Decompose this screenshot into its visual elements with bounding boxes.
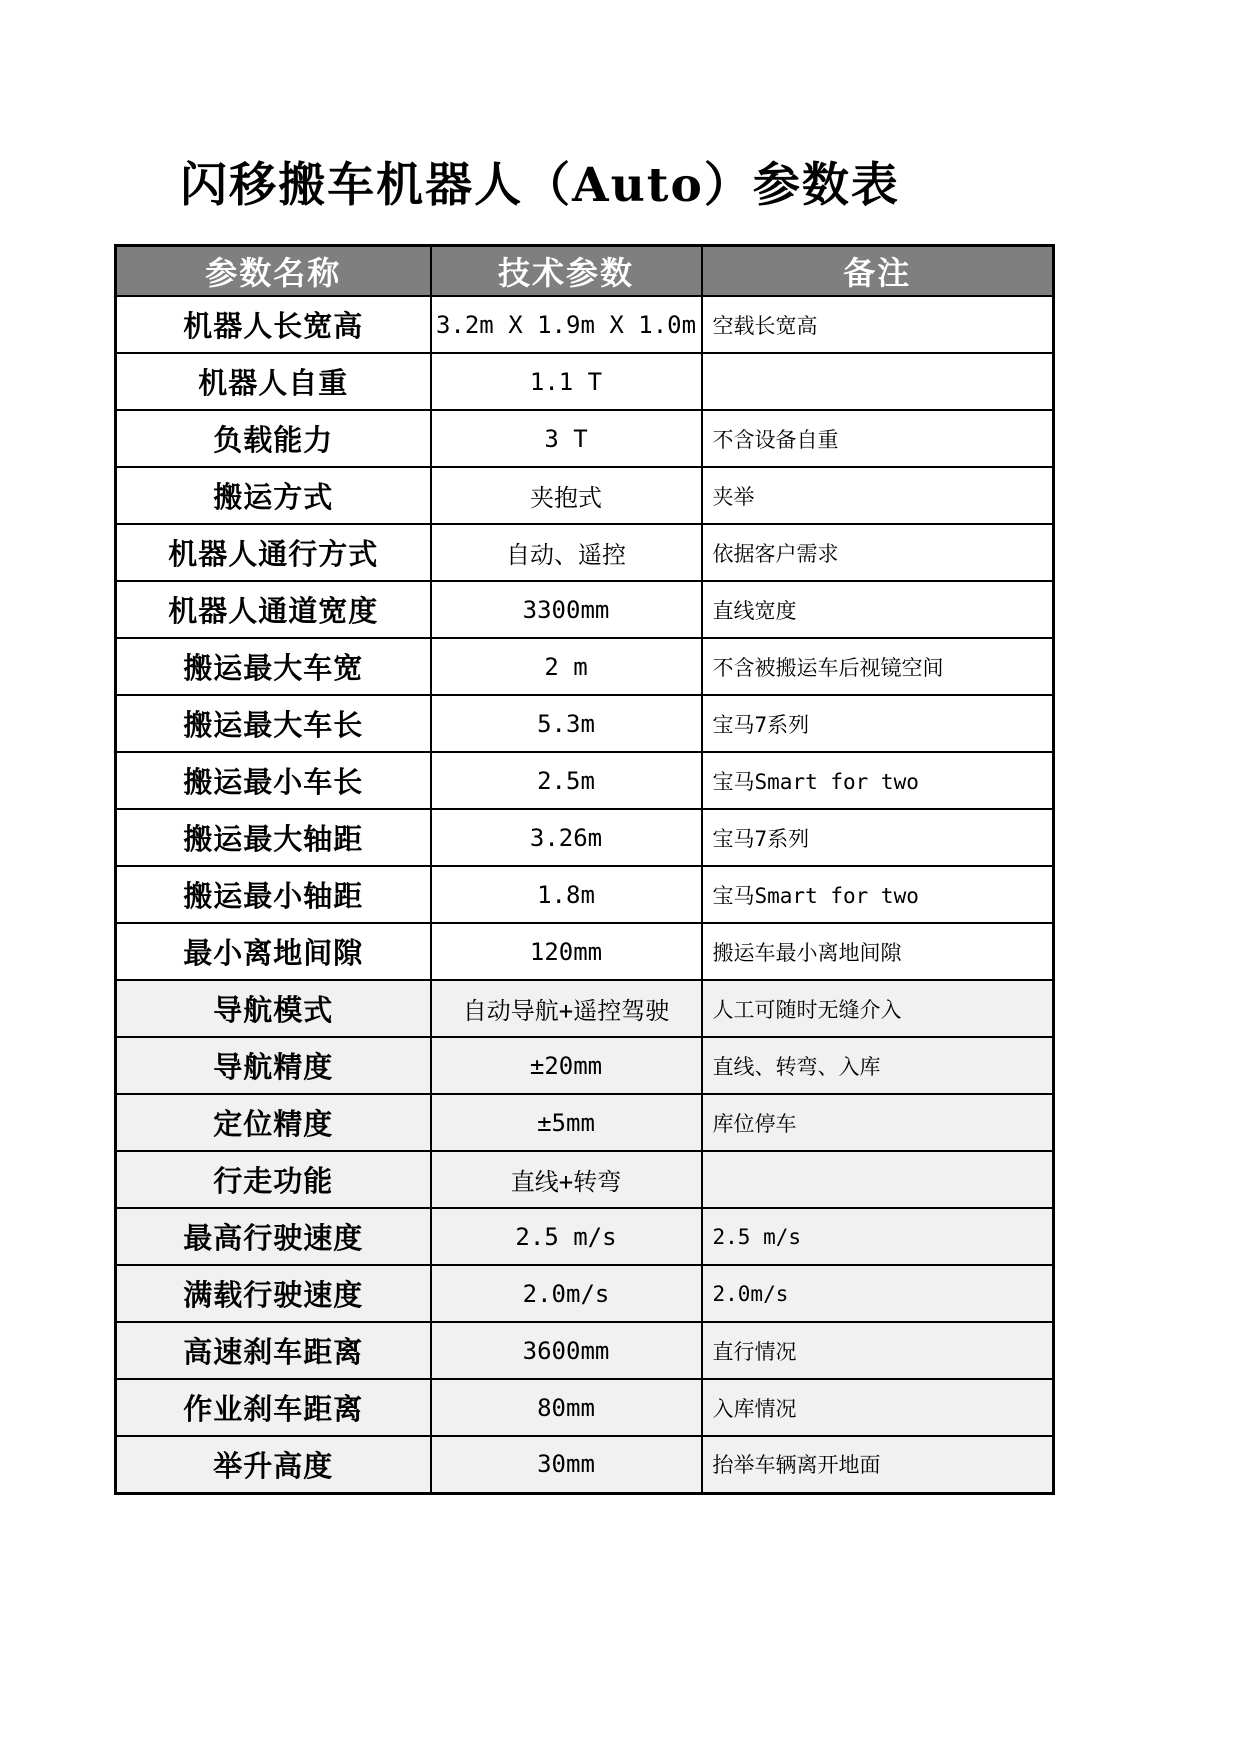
tech-value-cell: ±5mm: [431, 1094, 702, 1151]
tech-value-cell: 3 T: [431, 410, 702, 467]
tech-value-cell: 3600mm: [431, 1322, 702, 1379]
remark-cell: 不含设备自重: [702, 410, 1054, 467]
param-name-cell: 满载行驶速度: [116, 1265, 431, 1322]
remark-cell: 库位停车: [702, 1094, 1054, 1151]
tech-value-cell: 120mm: [431, 923, 702, 980]
param-name-cell: 搬运最大车宽: [116, 638, 431, 695]
remark-cell: [702, 1151, 1054, 1208]
param-name-cell: 负载能力: [116, 410, 431, 467]
param-name-cell: 搬运最小车长: [116, 752, 431, 809]
param-name-cell: 高速刹车距离: [116, 1322, 431, 1379]
tech-value-cell: 1.1 T: [431, 353, 702, 410]
remark-cell: 夹举: [702, 467, 1054, 524]
table-row: 负载能力3 T不含设备自重: [116, 410, 1054, 467]
table-row: 机器人通行方式自动、遥控依据客户需求: [116, 524, 1054, 581]
remark-cell: 直行情况: [702, 1322, 1054, 1379]
tech-value-cell: 2 m: [431, 638, 702, 695]
remark-cell: 2.5 m/s: [702, 1208, 1054, 1265]
table-row: 最小离地间隙120mm搬运车最小离地间隙: [116, 923, 1054, 980]
table-row: 搬运最大车长5.3m宝马7系列: [116, 695, 1054, 752]
param-name-cell: 机器人通道宽度: [116, 581, 431, 638]
param-name-cell: 搬运最小轴距: [116, 866, 431, 923]
remark-cell: 人工可随时无缝介入: [702, 980, 1054, 1037]
table-row: 机器人长宽高3.2m X 1.9m X 1.0m空载长宽高: [116, 296, 1054, 353]
table-row: 搬运最小车长2.5m宝马Smart for two: [116, 752, 1054, 809]
page-title: 闪移搬车机器人（Auto）参数表: [70, 148, 1010, 215]
column-header-tech-param: 技术参数: [431, 246, 702, 297]
tech-value-cell: 3.26m: [431, 809, 702, 866]
param-name-cell: 举升高度: [116, 1436, 431, 1493]
param-name-cell: 搬运最大车长: [116, 695, 431, 752]
table-row: 搬运方式夹抱式夹举: [116, 467, 1054, 524]
table-row: 机器人通道宽度3300mm直线宽度: [116, 581, 1054, 638]
table-row: 高速刹车距离3600mm直行情况: [116, 1322, 1054, 1379]
param-name-cell: 机器人通行方式: [116, 524, 431, 581]
param-name-cell: 搬运方式: [116, 467, 431, 524]
param-name-cell: 机器人自重: [116, 353, 431, 410]
remark-cell: [702, 353, 1054, 410]
tech-value-cell: 自动、遥控: [431, 524, 702, 581]
table-row: 举升高度30mm抬举车辆离开地面: [116, 1436, 1054, 1493]
tech-value-cell: 30mm: [431, 1436, 702, 1493]
param-name-cell: 最高行驶速度: [116, 1208, 431, 1265]
param-name-cell: 最小离地间隙: [116, 923, 431, 980]
table-row: 搬运最大轴距3.26m宝马7系列: [116, 809, 1054, 866]
document-page: 闪移搬车机器人（Auto）参数表 参数名称 技术参数 备注 机器人长宽高3.2m…: [0, 0, 1240, 1753]
remark-cell: 宝马Smart for two: [702, 752, 1054, 809]
remark-cell: 直线、转弯、入库: [702, 1037, 1054, 1094]
tech-value-cell: ±20mm: [431, 1037, 702, 1094]
remark-cell: 依据客户需求: [702, 524, 1054, 581]
remark-cell: 抬举车辆离开地面: [702, 1436, 1054, 1493]
table-row: 搬运最大车宽2 m不含被搬运车后视镜空间: [116, 638, 1054, 695]
remark-cell: 空载长宽高: [702, 296, 1054, 353]
remark-cell: 2.0m/s: [702, 1265, 1054, 1322]
remark-cell: 直线宽度: [702, 581, 1054, 638]
tech-value-cell: 2.5 m/s: [431, 1208, 702, 1265]
remark-cell: 宝马Smart for two: [702, 866, 1054, 923]
tech-value-cell: 3.2m X 1.9m X 1.0m: [431, 296, 702, 353]
remark-cell: 搬运车最小离地间隙: [702, 923, 1054, 980]
param-name-cell: 导航精度: [116, 1037, 431, 1094]
param-name-cell: 搬运最大轴距: [116, 809, 431, 866]
tech-value-cell: 2.5m: [431, 752, 702, 809]
table-row: 定位精度±5mm库位停车: [116, 1094, 1054, 1151]
remark-cell: 入库情况: [702, 1379, 1054, 1436]
table-body: 机器人长宽高3.2m X 1.9m X 1.0m空载长宽高机器人自重1.1 T负…: [116, 296, 1054, 1493]
column-header-remark: 备注: [702, 246, 1054, 297]
remark-cell: 不含被搬运车后视镜空间: [702, 638, 1054, 695]
param-name-cell: 行走功能: [116, 1151, 431, 1208]
tech-value-cell: 80mm: [431, 1379, 702, 1436]
remark-cell: 宝马7系列: [702, 809, 1054, 866]
tech-value-cell: 5.3m: [431, 695, 702, 752]
param-name-cell: 导航模式: [116, 980, 431, 1037]
table-row: 满载行驶速度2.0m/s2.0m/s: [116, 1265, 1054, 1322]
parameters-table: 参数名称 技术参数 备注 机器人长宽高3.2m X 1.9m X 1.0m空载长…: [114, 244, 1055, 1495]
table-row: 导航精度±20mm直线、转弯、入库: [116, 1037, 1054, 1094]
param-name-cell: 机器人长宽高: [116, 296, 431, 353]
column-header-param-name: 参数名称: [116, 246, 431, 297]
tech-value-cell: 自动导航+遥控驾驶: [431, 980, 702, 1037]
tech-value-cell: 夹抱式: [431, 467, 702, 524]
table-row: 机器人自重1.1 T: [116, 353, 1054, 410]
tech-value-cell: 1.8m: [431, 866, 702, 923]
table-row: 导航模式自动导航+遥控驾驶人工可随时无缝介入: [116, 980, 1054, 1037]
tech-value-cell: 3300mm: [431, 581, 702, 638]
header-row: 参数名称 技术参数 备注: [116, 246, 1054, 297]
table-row: 行走功能直线+转弯: [116, 1151, 1054, 1208]
remark-cell: 宝马7系列: [702, 695, 1054, 752]
tech-value-cell: 直线+转弯: [431, 1151, 702, 1208]
table-row: 最高行驶速度2.5 m/s2.5 m/s: [116, 1208, 1054, 1265]
table-row: 作业刹车距离80mm入库情况: [116, 1379, 1054, 1436]
tech-value-cell: 2.0m/s: [431, 1265, 702, 1322]
table-row: 搬运最小轴距1.8m宝马Smart for two: [116, 866, 1054, 923]
param-name-cell: 定位精度: [116, 1094, 431, 1151]
param-name-cell: 作业刹车距离: [116, 1379, 431, 1436]
